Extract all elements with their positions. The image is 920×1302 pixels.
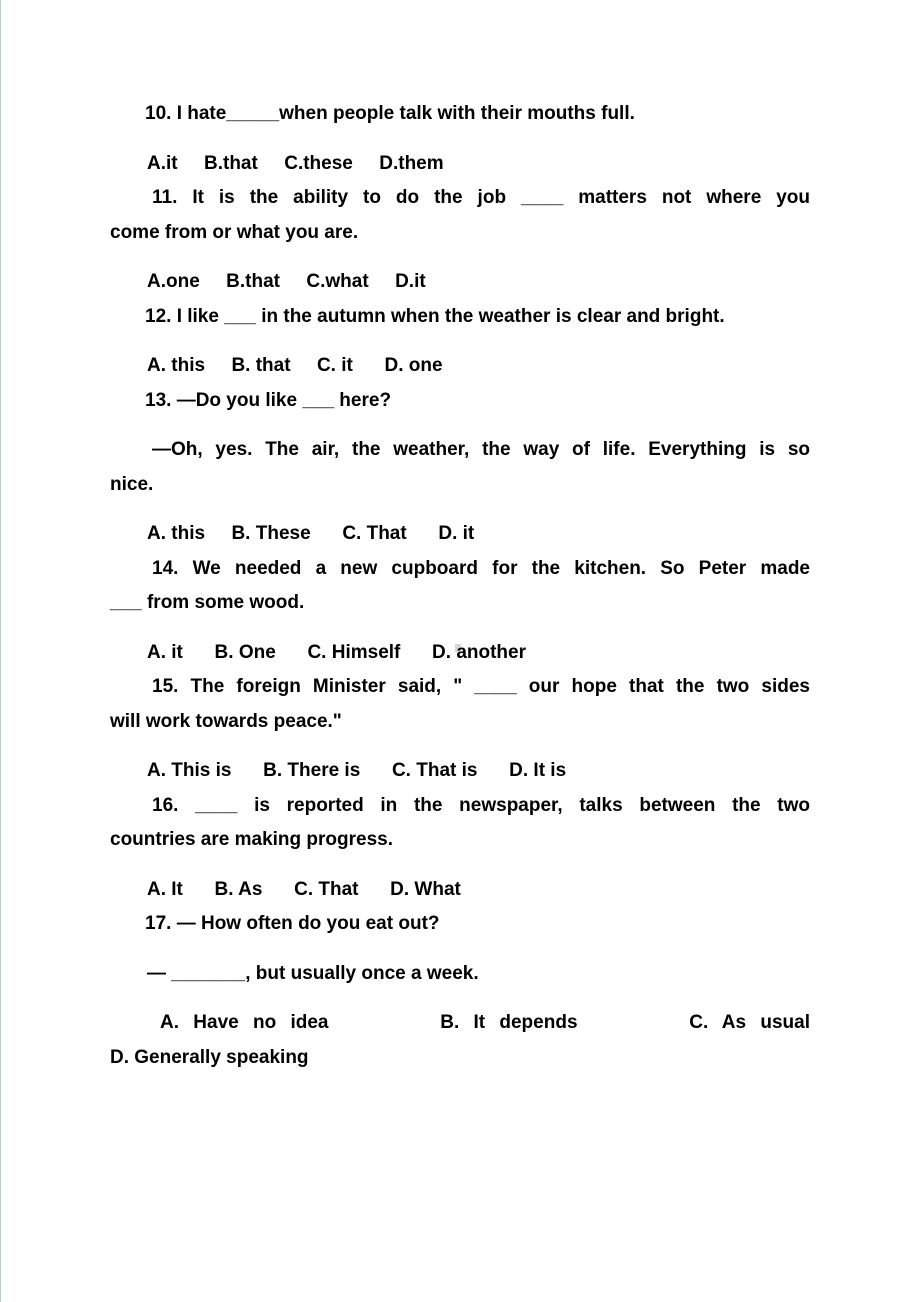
question-14-text-line-1: 14. We needed a new cupboard for the kit…	[110, 552, 810, 587]
page-left-edge-line	[0, 0, 1, 1302]
question-13-stem: 13. —Do you like ___ here?	[110, 384, 810, 419]
question-15-text-line-1: 15. The foreign Minister said, " ____ ou…	[110, 670, 810, 705]
question-17-reply-line: — _______, but usually once a week.	[110, 957, 810, 992]
question-10-block: 10. I hate_____when people talk with the…	[110, 97, 810, 181]
question-17-stem: 17. — How often do you eat out?	[110, 907, 810, 942]
question-13-block: 13. —Do you like ___ here? —Oh, yes. The…	[110, 384, 810, 552]
question-15-text-line-2: will work towards peace."	[110, 705, 810, 740]
question-11-options: A.one B.that C.what D.it	[110, 265, 810, 300]
question-17-option-d: D. Generally speaking	[110, 1041, 810, 1076]
question-13-options: A. this B. These C. That D. it	[110, 517, 810, 552]
question-14-options: A. it B. One C. Himself D. another	[110, 636, 810, 671]
question-16-text-line-1: 16. ____ is reported in the newspaper, t…	[110, 789, 810, 824]
question-17-text: 17. — How often do you eat out?	[110, 907, 810, 942]
question-16-text-line-2: countries are making progress.	[110, 823, 810, 858]
question-11-options-row: A.one B.that C.what D.it	[110, 265, 810, 300]
question-15-block: 15. The foreign Minister said, " ____ ou…	[110, 670, 810, 789]
question-11-text-line-1: 11. It is the ability to do the job ____…	[110, 181, 810, 216]
question-13-reply: —Oh, yes. The air, the weather, the way …	[110, 433, 810, 502]
question-13-options-row: A. this B. These C. That D. it	[110, 517, 810, 552]
question-12-stem: 12. I like ___ in the autumn when the we…	[110, 300, 810, 335]
question-13-text: 13. —Do you like ___ here?	[110, 384, 810, 419]
question-14-stem: 14. We needed a new cupboard for the kit…	[110, 552, 810, 621]
question-14-text-line-2: ___ from some wood.	[110, 586, 810, 621]
question-13-reply-line-1: —Oh, yes. The air, the weather, the way …	[110, 433, 810, 468]
question-12-block: 12. I like ___ in the autumn when the we…	[110, 300, 810, 384]
question-16-block: 16. ____ is reported in the newspaper, t…	[110, 789, 810, 908]
question-15-stem: 15. The foreign Minister said, " ____ ou…	[110, 670, 810, 739]
question-11-text-line-2: come from or what you are.	[110, 216, 810, 251]
question-17-block: 17. — How often do you eat out? — ______…	[110, 907, 810, 1075]
question-10-stem: 10. I hate_____when people talk with the…	[110, 97, 810, 132]
question-17-option-b: B. It depends	[440, 1006, 577, 1041]
question-17-options: A. Have no idea B. It depends C. As usua…	[110, 1006, 810, 1075]
question-16-options-row: A. It B. As C. That D. What	[110, 873, 810, 908]
question-12-text: 12. I like ___ in the autumn when the we…	[110, 300, 810, 335]
question-15-options: A. This is B. There is C. That is D. It …	[110, 754, 810, 789]
question-14-block: 14. We needed a new cupboard for the kit…	[110, 552, 810, 671]
question-17-option-a: A. Have no idea	[160, 1006, 329, 1041]
exam-document-body: 10. I hate_____when people talk with the…	[110, 97, 810, 1075]
question-16-options: A. It B. As C. That D. What	[110, 873, 810, 908]
question-14-options-row: A. it B. One C. Himself D. another	[110, 636, 810, 671]
question-11-block: 11. It is the ability to do the job ____…	[110, 181, 810, 300]
question-17-option-c: C. As usual	[689, 1006, 810, 1041]
question-10-options: A.it B.that C.these D.them	[110, 147, 810, 182]
question-13-reply-line-2: nice.	[110, 468, 810, 503]
question-10-options-row: A.it B.that C.these D.them	[110, 147, 810, 182]
question-12-options: A. this B. that C. it D. one	[110, 349, 810, 384]
question-12-options-row: A. this B. that C. it D. one	[110, 349, 810, 384]
question-17-options-row-1: A. Have no idea B. It depends C. As usua…	[110, 1006, 810, 1041]
question-16-stem: 16. ____ is reported in the newspaper, t…	[110, 789, 810, 858]
question-15-options-row: A. This is B. There is C. That is D. It …	[110, 754, 810, 789]
question-11-stem: 11. It is the ability to do the job ____…	[110, 181, 810, 250]
question-10-text: 10. I hate_____when people talk with the…	[110, 97, 810, 132]
question-17-reply: — _______, but usually once a week.	[110, 957, 810, 992]
